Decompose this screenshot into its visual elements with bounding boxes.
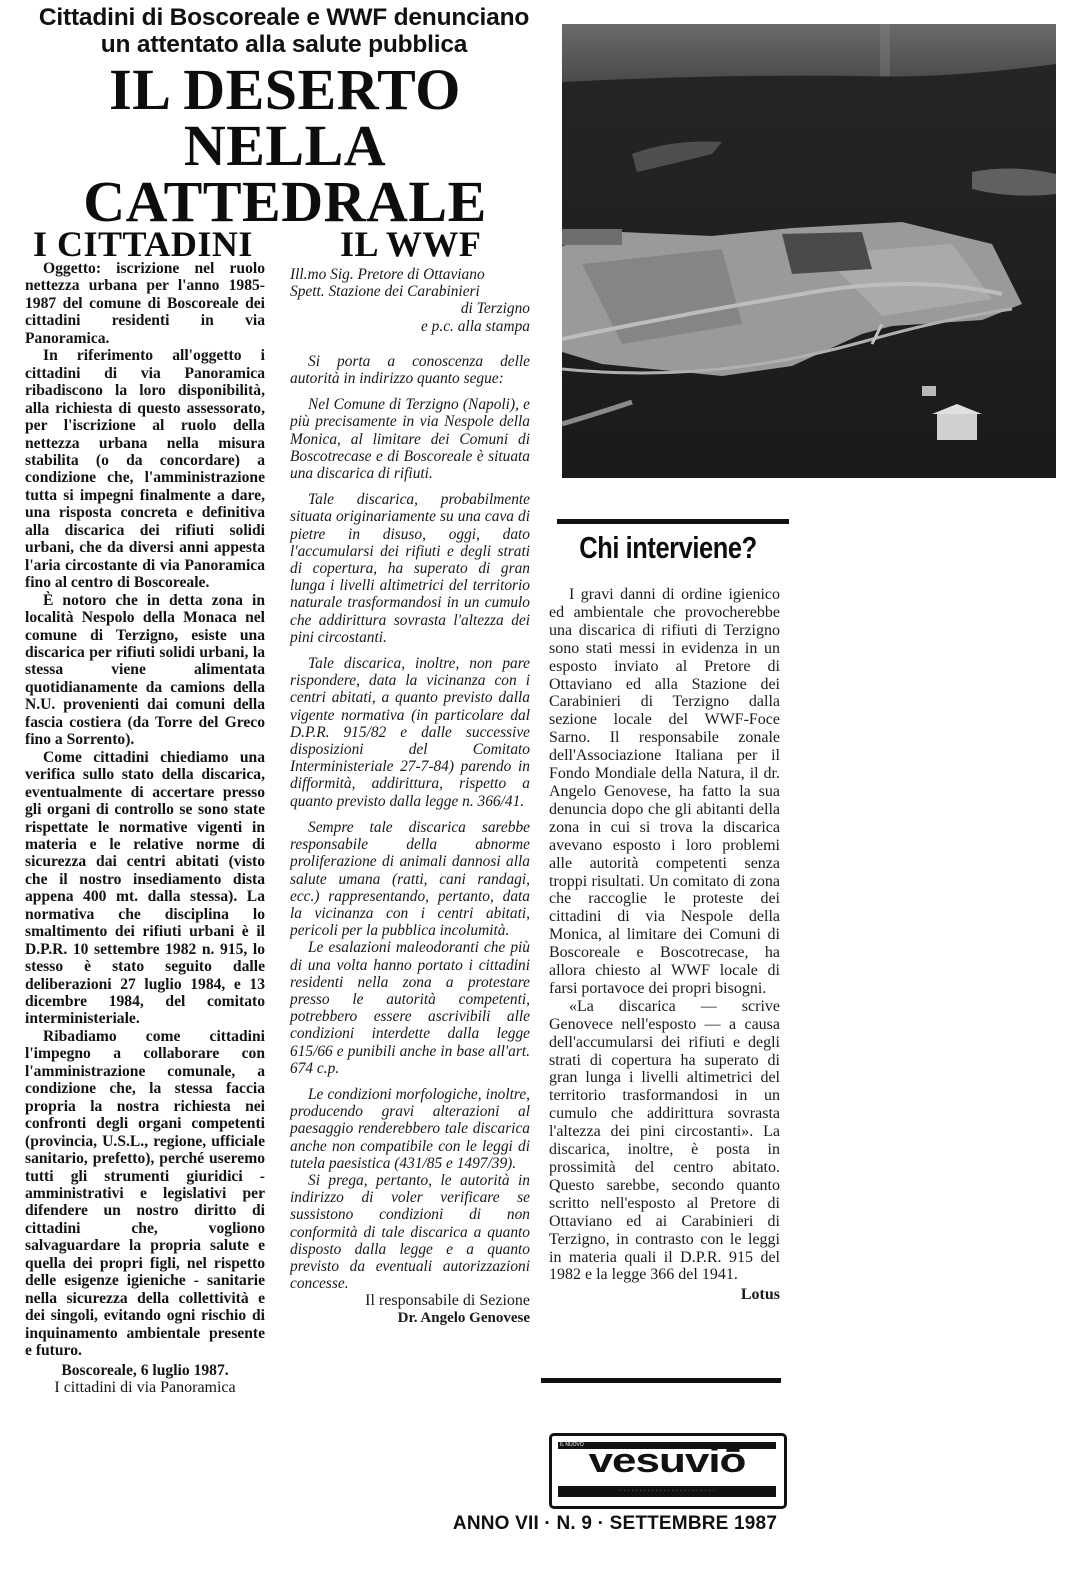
- cittadini-paragraph: È notoro che in detta zona in località N…: [25, 592, 265, 749]
- wwf-paragraph: Si porta a conoscenza delle autorità in …: [290, 353, 530, 387]
- headline-line-1: IL DESERTO: [60, 62, 510, 118]
- wwf-signature-name: Dr. Angelo Genovese: [290, 1310, 530, 1327]
- section-heading-cittadini: I CITTADINI: [33, 226, 253, 262]
- wwf-column: Ill.mo Sig. Pretore di Ottaviano Spett. …: [290, 260, 530, 1327]
- wwf-paragraph: Le condizioni morfologiche, inoltre, pro…: [290, 1086, 530, 1172]
- chi-interviene-paragraph: I gravi danni di ordine igienico ed ambi…: [549, 586, 780, 998]
- section-divider: [541, 1378, 781, 1383]
- headline-line-2: NELLA: [60, 118, 510, 174]
- chi-interviene-paragraph: «La discarica — scrive Genovece nell'esp…: [549, 998, 780, 1285]
- section-divider: [557, 519, 789, 524]
- wwf-signature-role: Il responsabile di Sezione: [290, 1292, 530, 1309]
- cittadini-signature: I cittadini di via Panoramica: [25, 1379, 265, 1396]
- cittadini-paragraph: Ribadiamo come cittadini l'impegno a col…: [25, 1028, 265, 1360]
- cittadini-paragraph: In riferimento all'oggetto i cittadini d…: [25, 347, 265, 591]
- section-heading-wwf: IL WWF: [340, 226, 481, 262]
- wwf-paragraph: Si prega, pertanto, le autorità in indir…: [290, 1172, 530, 1292]
- logo-bottom-bar: · · · · · · · · · · · · · · · · · · · · …: [558, 1486, 776, 1497]
- chi-interviene-column: I gravi danni di ordine igienico ed ambi…: [549, 586, 780, 1304]
- kicker-line-2: un attentato alla salute pubblica: [28, 31, 540, 58]
- cittadini-place-date: Boscoreale, 6 luglio 1987.: [25, 1362, 265, 1379]
- cittadini-paragraph: Oggetto: iscrizione nel ruolo nettezza u…: [25, 260, 265, 347]
- logo-wordmark: vesuviō: [562, 1444, 772, 1478]
- wwf-address-line: Spett. Stazione dei Carabinieri: [290, 283, 530, 300]
- chi-interviene-title: Chi interviene?: [570, 530, 767, 566]
- landfill-photo: [562, 24, 1056, 478]
- headline-line-3: CATTEDRALE: [60, 174, 510, 230]
- cittadini-paragraph: Come cittadini chiediamo una verifica su…: [25, 749, 265, 1028]
- wwf-address-line: di Terzigno: [290, 300, 530, 317]
- page-title: IL DESERTO NELLA CATTEDRALE: [60, 62, 510, 230]
- vesuvio-masthead-logo: IL NUOVO vesuviō · · · · · · · · · · · ·…: [549, 1433, 787, 1509]
- cittadini-column: Oggetto: iscrizione nel ruolo nettezza u…: [25, 260, 265, 1396]
- wwf-address-line: e p.c. alla stampa: [290, 318, 530, 335]
- wwf-paragraph: Le esalazioni maleodoranti che più di un…: [290, 939, 530, 1077]
- article-kicker: Cittadini di Boscoreale e WWF denunciano…: [28, 4, 540, 58]
- wwf-paragraph: Tale discarica, inoltre, non pare rispon…: [290, 655, 530, 810]
- landfill-photo-image: [562, 24, 1056, 478]
- wwf-address-line: Ill.mo Sig. Pretore di Ottaviano: [290, 266, 530, 283]
- wwf-paragraph: Nel Comune di Terzigno (Napoli), e più p…: [290, 396, 530, 482]
- issue-footer: ANNO VII · N. 9 · SETTEMBRE 1987: [415, 1513, 815, 1535]
- kicker-line-1: Cittadini di Boscoreale e WWF denunciano: [28, 4, 540, 31]
- wwf-paragraph: Sempre tale discarica sarebbe responsabi…: [290, 819, 530, 939]
- wwf-paragraph: Tale discarica, probabilmente situata or…: [290, 491, 530, 646]
- author-byline: Lotus: [549, 1286, 780, 1304]
